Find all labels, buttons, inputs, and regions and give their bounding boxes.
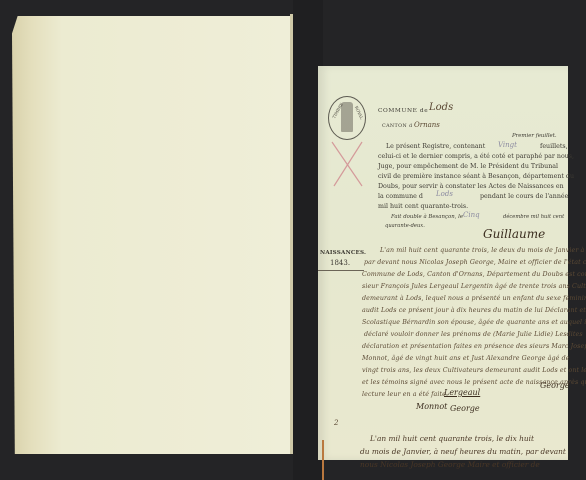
cert-line-1: Le présent Registre, contenant bbox=[386, 143, 485, 150]
done-year: quarante-deux. bbox=[385, 223, 425, 229]
entry2-line-3: nous Nicolas Joseph George Maire et offi… bbox=[360, 460, 540, 469]
cert-line-2: celui-ci et le dernier compris, a été co… bbox=[378, 153, 574, 160]
entry2-line-2: du mois de Janvier, à neuf heures du mat… bbox=[360, 447, 566, 456]
cert-period-text: pendant le cours de l'année bbox=[480, 193, 568, 200]
entry1-line-6: audit Lods ce présent jour à dix heures … bbox=[362, 307, 586, 314]
entry1-line-11: vingt trois ans, les deux Cultivateurs d… bbox=[362, 367, 586, 374]
canton-label: CANTON d bbox=[382, 124, 412, 129]
cert-line-3: Juge, pour empêchement de M. le Présiden… bbox=[378, 163, 558, 170]
entry1-line-5: demeurant à Lods, lequel nous a présenté… bbox=[362, 295, 586, 302]
section-label: NAISSANCES. bbox=[320, 250, 366, 256]
mayor-signature-1: George bbox=[540, 381, 570, 390]
section-year: 1843. bbox=[330, 259, 350, 267]
entry1-line-7: Scolastique Bérnardin son épouse, âgée d… bbox=[362, 319, 586, 326]
cert-line-6: la commune d bbox=[378, 193, 423, 200]
entry1-line-3: Commune de Lods, Canton d'Ornans, Départ… bbox=[362, 271, 586, 278]
commune-value: Lods bbox=[429, 102, 453, 113]
done-suffix: décembre mil huit cent bbox=[503, 214, 564, 220]
cancel-cross-mark-icon bbox=[330, 140, 364, 188]
entry2-margin-number: 2 bbox=[334, 419, 338, 427]
entry1-line-9: déclaration et présentation faites en pr… bbox=[362, 343, 586, 350]
entry2-line-1: L'an mil huit cent quarante trois, le di… bbox=[370, 434, 534, 443]
canton-value: Ornans bbox=[414, 121, 440, 129]
commune-label: COMMUNE de bbox=[378, 108, 428, 114]
father-signature: Lergeaul bbox=[444, 388, 480, 397]
scanned-register-spread: TIMBRE ROYAL COMMUNE de Lods CANTON d Or… bbox=[0, 0, 586, 480]
blank-left-page bbox=[12, 16, 293, 454]
witness-signature-2: George bbox=[450, 404, 480, 413]
entry1-line-1: L'an mil huit cent quarante trois, le de… bbox=[380, 247, 586, 254]
entry1-line-8: déclaré vouloir donner les prénoms de (M… bbox=[364, 331, 583, 338]
done-day: Cinq bbox=[463, 211, 480, 219]
entry1-line-10: Monnot, âgé de vingt huit ans et Just Al… bbox=[362, 355, 570, 362]
cert-line-5: Doubs, pour servir à constater les Actes… bbox=[378, 183, 564, 190]
judge-signature: Guillaume bbox=[483, 227, 545, 241]
entry1-line-4: sieur François Jules Lergeaul Lergentin … bbox=[362, 283, 586, 290]
witness-signature: Monnot bbox=[416, 402, 447, 411]
cert-commune-fill: Lods bbox=[436, 190, 453, 198]
done-prefix: Fait double à Besançon, le bbox=[391, 214, 463, 220]
margin-rule bbox=[318, 270, 364, 271]
cert-leaf-suffix: feuillets, bbox=[540, 143, 568, 150]
leaf-count-value: Vingt bbox=[498, 141, 517, 149]
feuillet-label: Premier feuillet. bbox=[512, 133, 557, 139]
cert-line-7: mil huit cent quarante-trois. bbox=[378, 203, 468, 210]
entry1-line-2: par devant nous Nicolas Joseph George, M… bbox=[364, 259, 586, 266]
binding-thread bbox=[322, 440, 324, 480]
cert-line-4: civil de première instance séant à Besan… bbox=[378, 173, 574, 180]
entry1-line-13: lecture leur en a été faite. bbox=[362, 391, 448, 398]
